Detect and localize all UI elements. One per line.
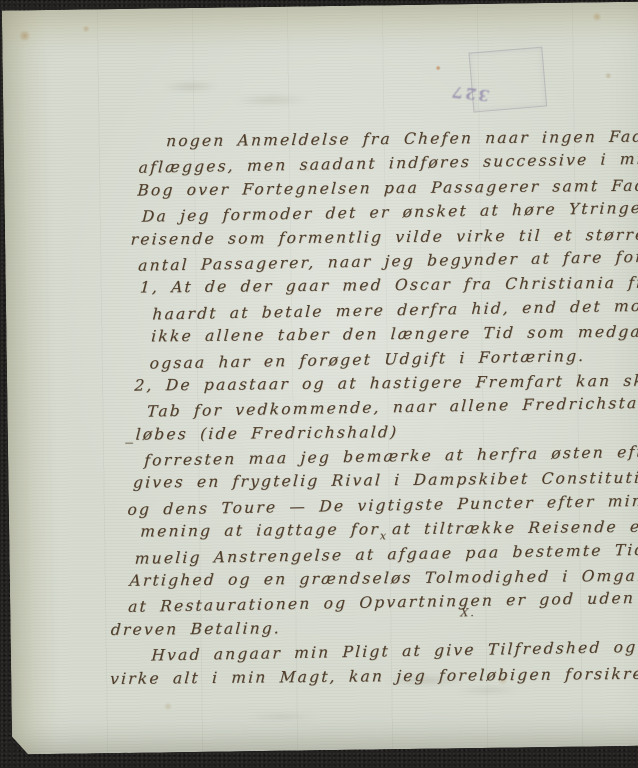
manuscript-page: 327 nogen Anmeldelse fra Chefen naar ing…	[2, 1, 638, 754]
archive-stamp-number: 327	[448, 82, 491, 105]
foxing-spot	[82, 25, 90, 32]
ink-showthrough	[131, 68, 332, 119]
insertion-mark: X.	[460, 606, 476, 619]
foxing-spot	[592, 12, 602, 21]
insertion-mark: x	[379, 529, 388, 542]
foxing-spot	[164, 702, 173, 710]
manuscript-line: virke alt i min Magt, kan jeg foreløbige…	[109, 661, 638, 691]
foxing-spot	[436, 65, 441, 70]
foxing-spot	[18, 30, 31, 41]
scan-background: 327 nogen Anmeldelse fra Chefen naar ing…	[0, 0, 638, 768]
ink-showthrough	[222, 706, 342, 728]
foxing-spot	[605, 72, 612, 79]
manuscript-text: nogen Anmeldelse fra Chefen naar ingen F…	[109, 111, 638, 692]
